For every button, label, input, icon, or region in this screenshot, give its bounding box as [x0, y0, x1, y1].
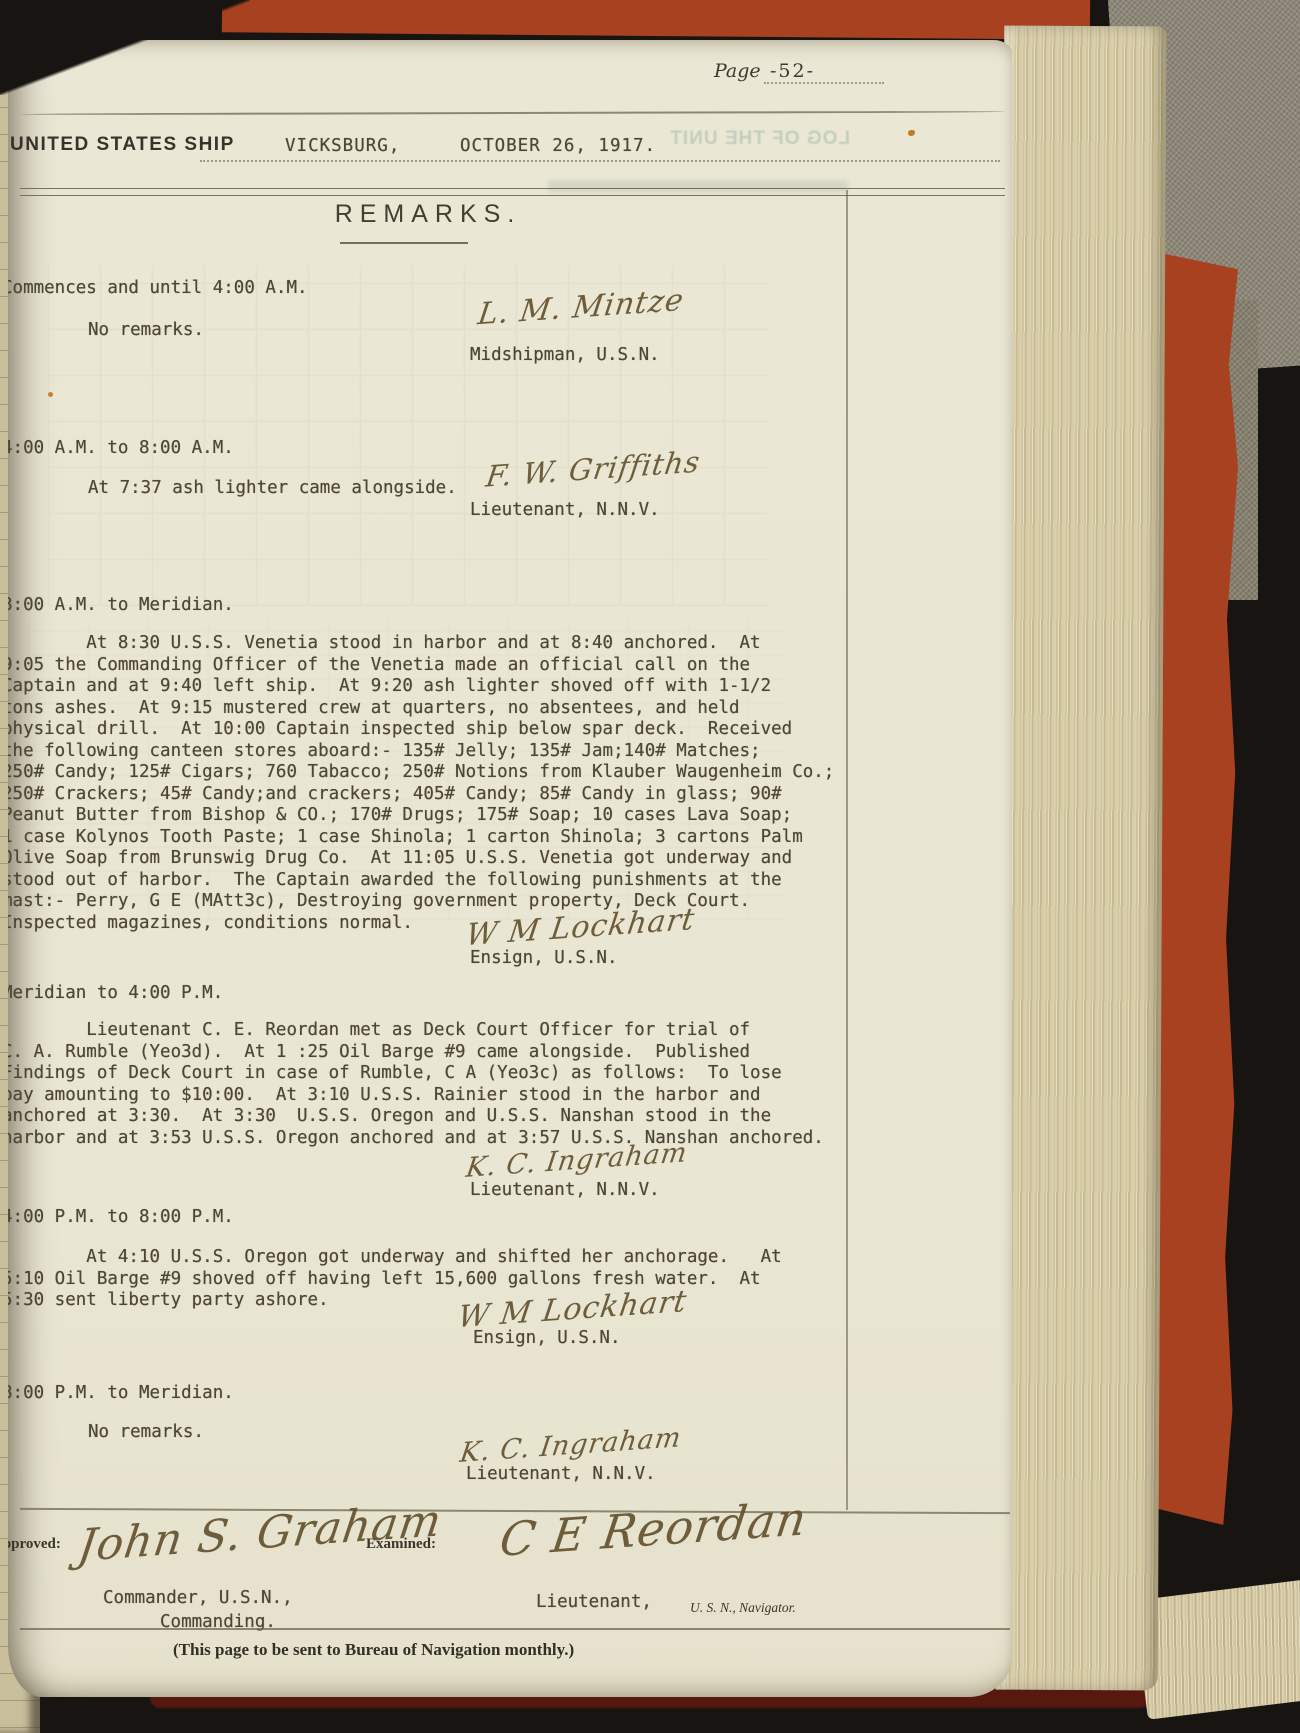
signer-rank: Midshipman, U.S.N. — [470, 345, 660, 367]
entry-text: Lieutenant C. E. Reordan met as Deck Cou… — [8, 1020, 824, 1149]
entry-text: At 8:30 U.S.S. Venetia stood in harbor a… — [8, 633, 834, 934]
commanding-officer-title: Commanding. — [160, 1612, 276, 1634]
commanding-officer-rank: Commander, U.S.N., — [103, 1588, 293, 1610]
signer-rank: Lieutenant, N.N.V. — [470, 500, 660, 522]
watch-period: 8:00 P.M. to Meridian. — [8, 1383, 234, 1405]
signer-rank: Lieutenant, N.N.V. — [470, 1180, 660, 1202]
signature: K. C. Ingraham — [458, 1422, 684, 1469]
watch-period: Commences and until 4:00 A.M. — [8, 278, 308, 300]
signer-rank: Ensign, U.S.N. — [470, 948, 618, 970]
watch-period: 4:00 P.M. to 8:00 P.M. — [8, 1207, 234, 1229]
log-page: LOG OF THE UNIT Page -52- UNITED STATES … — [8, 40, 1012, 1697]
footer-bottom-rule — [20, 1628, 1010, 1630]
background-wedge — [0, 0, 250, 95]
logbook-photograph: LOG OF THE UNIT Page -52- UNITED STATES … — [0, 0, 1300, 1733]
entry-text: No remarks. — [88, 320, 204, 342]
marbled-cover-top — [222, 0, 1090, 40]
signature: L. M. Mintze — [476, 283, 687, 333]
watch-period: 8:00 A.M. to Meridian. — [8, 595, 234, 617]
watch-period: Meridian to 4:00 P.M. — [8, 983, 223, 1005]
navigator-rank: Lieutenant, — [536, 1592, 652, 1614]
entry-text: At 7:37 ash lighter came alongside. — [88, 478, 457, 500]
examined-label: Examined: — [366, 1536, 436, 1553]
log-entries: Commences and until 4:00 A.M.No remarks.… — [8, 40, 1012, 1697]
approved-label: Approved: — [8, 1536, 61, 1553]
signer-rank: Lieutenant, N.N.V. — [466, 1464, 656, 1486]
page-fore-edges — [996, 26, 1167, 1691]
signer-rank: Ensign, U.S.N. — [473, 1328, 621, 1350]
entry-text: No remarks. — [88, 1422, 204, 1444]
signature: F. W. Griffiths — [484, 444, 703, 493]
page-corner-stack — [1133, 1576, 1300, 1719]
navigator-title: U. S. N., Navigator. — [690, 1600, 796, 1616]
watch-period: 4:00 A.M. to 8:00 A.M. — [8, 438, 234, 460]
bureau-note: (This page to be sent to Bureau of Navig… — [173, 1640, 574, 1660]
